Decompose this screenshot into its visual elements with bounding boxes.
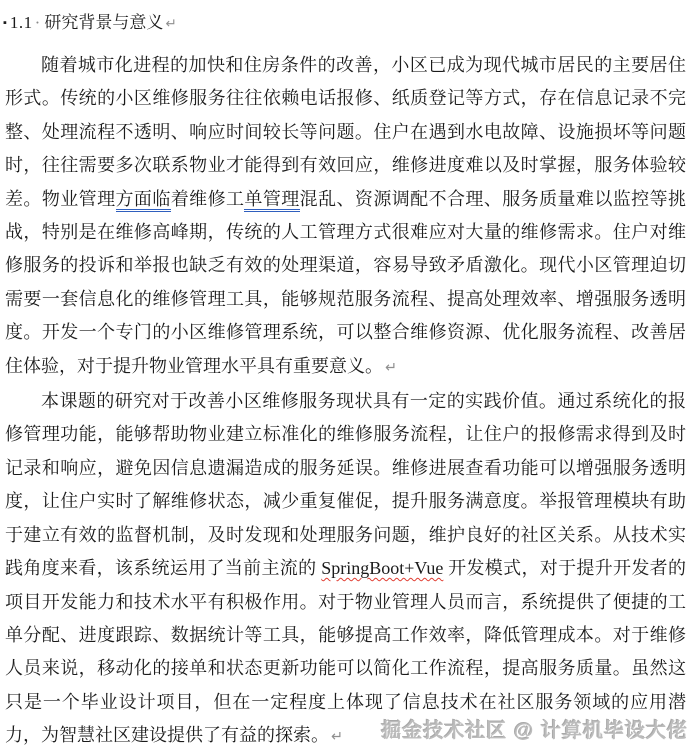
text-run: 随着城市化进程的加快和住房条件的改善，小区已成为现代城市居民的主要居住形式。传统… [5, 55, 686, 209]
text-run: 本课题的研究对于改善小区维修服务现状具有一定的实践价值。通过系统化的报修管理功能… [5, 391, 686, 578]
section-heading: ▪1.1·研究背景与意义↵ [3, 11, 686, 36]
paragraph-mark-icon: ↵ [165, 16, 176, 32]
space-formatting-mark: · [35, 13, 41, 32]
paragraph-mark-icon: ↵ [385, 360, 397, 376]
grammar-underline-run: 方面临 [116, 189, 171, 212]
heading-title: 研究背景与意义 [44, 13, 163, 32]
text-run: 着维修工 [171, 189, 245, 209]
grammar-underline-run: 单管理 [244, 189, 299, 212]
paragraph: 随着城市化进程的加快和住房条件的改善，小区已成为现代城市居民的主要居住形式。传统… [5, 49, 686, 385]
outline-bullet-icon: ▪ [3, 11, 7, 35]
heading-number: 1.1 [10, 13, 33, 32]
spellcheck-underline-run: SpringBoot+Vue [321, 558, 443, 578]
document-page: ▪1.1·研究背景与意义↵ 随着城市化进程的加快和住房条件的改善，小区已成为现代… [0, 0, 690, 756]
text-run: 开发模式，对于提升开发者的项目开发能力和技术水平有积极作用。对于物业管理人员而言… [5, 558, 686, 745]
text-run: 混乱、资源调配不合理、服务质量难以监控等挑战，特别是在维修高峰期，传统的人工管理… [5, 189, 686, 376]
paragraph: 本课题的研究对于改善小区维修服务现状具有一定的实践价值。通过系统化的报修管理功能… [5, 385, 686, 754]
paragraph-mark-icon: ↵ [331, 729, 343, 745]
document-body: 随着城市化进程的加快和住房条件的改善，小区已成为现代城市居民的主要居住形式。传统… [5, 49, 686, 755]
